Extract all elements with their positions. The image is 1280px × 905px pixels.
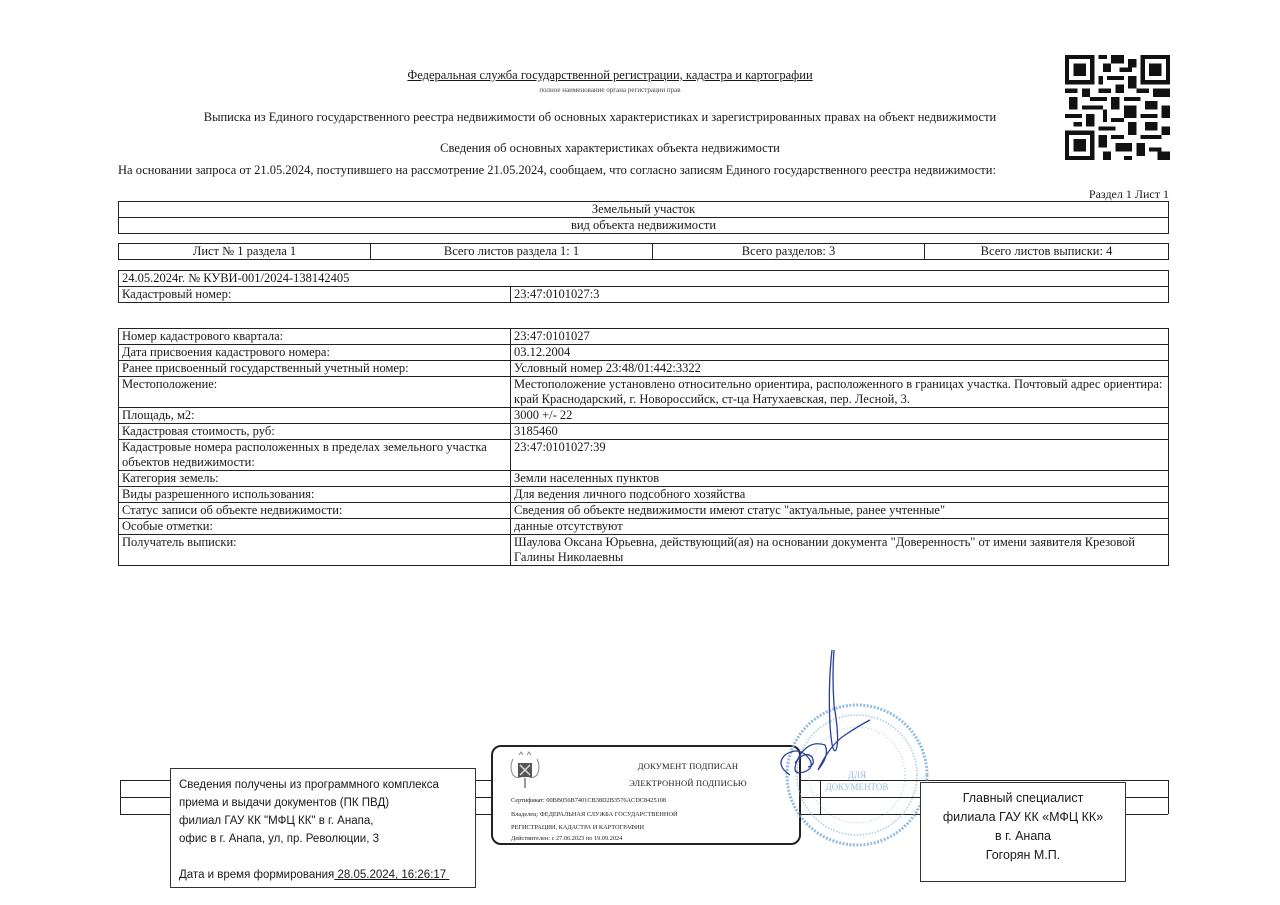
detail-value: Земли населенных пунктов: [511, 471, 1169, 487]
detail-value: 23:47:0101027: [511, 329, 1169, 345]
formation-datetime: Дата и время формирования 28.05.2024, 16…: [179, 866, 467, 884]
detail-label: Местоположение:: [119, 377, 511, 408]
record-number: 24.05.2024г. № КУВИ-001/2024-138142405: [119, 271, 1169, 287]
table-row: Статус записи об объекте недвижимости:Св…: [119, 503, 1169, 519]
specialist-box: Главный специалист филиала ГАУ КК «МФЦ К…: [920, 782, 1126, 882]
mfc-line: приема и выдачи документов (ПК ПВД): [179, 794, 467, 812]
detail-label: Особые отметки:: [119, 519, 511, 535]
sheets-table: Лист № 1 раздела 1 Всего листов раздела …: [118, 243, 1169, 260]
details-table: Номер кадастрового квартала:23:47:010102…: [118, 328, 1169, 566]
detail-label: Кадастровые номера расположенных в преде…: [119, 440, 511, 471]
cadastral-number-label: Кадастровый номер:: [119, 287, 511, 303]
detail-value: 3185460: [511, 424, 1169, 440]
record-table: 24.05.2024г. № КУВИ-001/2024-138142405 К…: [118, 270, 1169, 303]
basis-text: На основании запроса от 21.05.2024, пост…: [118, 163, 996, 178]
section-sheet-label: Раздел 1 Лист 1: [1089, 187, 1169, 202]
detail-label: Получатель выписки:: [119, 535, 511, 566]
esig-title-1: ДОКУМЕНТ ПОДПИСАН: [588, 761, 788, 771]
table-row: Площадь, м2:3000 +/- 22: [119, 408, 1169, 424]
agency-name: Федеральная служба государственной регис…: [0, 68, 1220, 83]
handwritten-signature-icon: [770, 645, 880, 795]
object-type: Земельный участок: [119, 202, 1169, 218]
detail-value: Для ведения личного подсобного хозяйства: [511, 487, 1169, 503]
mfc-info-box: Сведения получены из программного компле…: [170, 768, 476, 888]
electronic-signature-box: ДОКУМЕНТ ПОДПИСАН ЭЛЕКТРОННОЙ ПОДПИСЬЮ С…: [491, 745, 801, 845]
formation-datetime-label: Дата и время формирования: [179, 869, 334, 881]
table-row: Номер кадастрового квартала:23:47:010102…: [119, 329, 1169, 345]
detail-value: Сведения об объекте недвижимости имеют с…: [511, 503, 1169, 519]
form-line: [120, 780, 121, 814]
object-type-caption: вид объекта недвижимости: [119, 218, 1169, 234]
coat-of-arms-icon: [507, 751, 543, 789]
mfc-line: офис в г. Анапа, ул, пр. Революции, 3: [179, 830, 467, 848]
formation-datetime-value: 28.05.2024, 16:26:17: [334, 869, 449, 881]
specialist-position: Главный специалист: [921, 789, 1125, 808]
table-row: Категория земель:Земли населенных пункто…: [119, 471, 1169, 487]
detail-value: 23:47:0101027:39: [511, 440, 1169, 471]
mfc-line: филиал ГАУ КК "МФЦ КК" в г. Анапа,: [179, 812, 467, 830]
detail-label: Виды разрешенного использования:: [119, 487, 511, 503]
table-row: Кадастровая стоимость, руб:3185460: [119, 424, 1169, 440]
detail-label: Кадастровая стоимость, руб:: [119, 424, 511, 440]
sheet-number: Лист № 1 раздела 1: [119, 244, 371, 260]
detail-label: Номер кадастрового квартала:: [119, 329, 511, 345]
detail-value: Местоположение установлено относительно …: [511, 377, 1169, 408]
esig-validity: Действителен: с 27.06.2023 по 19.09.2024: [511, 835, 622, 842]
table-row: Получатель выписки:Шаулова Оксана Юрьевн…: [119, 535, 1169, 566]
mfc-line: Сведения получены из программного компле…: [179, 776, 467, 794]
table-row: Кадастровые номера расположенных в преде…: [119, 440, 1169, 471]
detail-value: 3000 +/- 22: [511, 408, 1169, 424]
specialist-organization: филиала ГАУ КК «МФЦ КК»: [921, 808, 1125, 827]
object-type-table: Земельный участок вид объекта недвижимос…: [118, 201, 1169, 234]
detail-value: данные отсутствуют: [511, 519, 1169, 535]
table-row: Ранее присвоенный государственный учетны…: [119, 361, 1169, 377]
agency-caption: полное наименование органа регистрации п…: [0, 86, 1220, 94]
cadastral-number-value: 23:47:0101027:3: [511, 287, 1169, 303]
table-row: Дата присвоения кадастрового номера:03.1…: [119, 345, 1169, 361]
sheets-in-section: Всего листов раздела 1: 1: [371, 244, 653, 260]
table-row: Местоположение:Местоположение установлен…: [119, 377, 1169, 408]
specialist-city: в г. Анапа: [921, 827, 1125, 846]
section-title: Сведения об основных характеристиках объ…: [0, 141, 1220, 156]
form-line: [1168, 780, 1169, 814]
detail-label: Категория земель:: [119, 471, 511, 487]
table-row: Виды разрешенного использования:Для веде…: [119, 487, 1169, 503]
detail-value: Условный номер 23:48/01:442:3322: [511, 361, 1169, 377]
sections-total: Всего разделов: 3: [653, 244, 925, 260]
detail-label: Ранее присвоенный государственный учетны…: [119, 361, 511, 377]
detail-value: 03.12.2004: [511, 345, 1169, 361]
detail-value: Шаулова Оксана Юрьевна, действующий(ая) …: [511, 535, 1169, 566]
detail-label: Площадь, м2:: [119, 408, 511, 424]
esig-owner-1: Владелец: ФЕДЕРАЛЬНАЯ СЛУЖБА ГОСУДАРСТВЕ…: [511, 811, 678, 818]
esig-title-2: ЭЛЕКТРОННОЙ ПОДПИСЬЮ: [588, 778, 788, 788]
table-row: Особые отметки:данные отсутствуют: [119, 519, 1169, 535]
extract-title: Выписка из Единого государственного реес…: [0, 110, 1200, 125]
esig-owner-2: РЕГИСТРАЦИИ, КАДАСТРА И КАРТОГРАФИИ: [511, 824, 644, 831]
detail-label: Статус записи об объекте недвижимости:: [119, 503, 511, 519]
esig-certificate: Сертификат: 00BB056B7401CB38D2B3576ACDC8…: [511, 797, 666, 804]
qr-code-icon: [1065, 55, 1170, 160]
detail-label: Дата присвоения кадастрового номера:: [119, 345, 511, 361]
sheets-total: Всего листов выписки: 4: [925, 244, 1169, 260]
specialist-name: Гогорян М.П.: [921, 846, 1125, 865]
